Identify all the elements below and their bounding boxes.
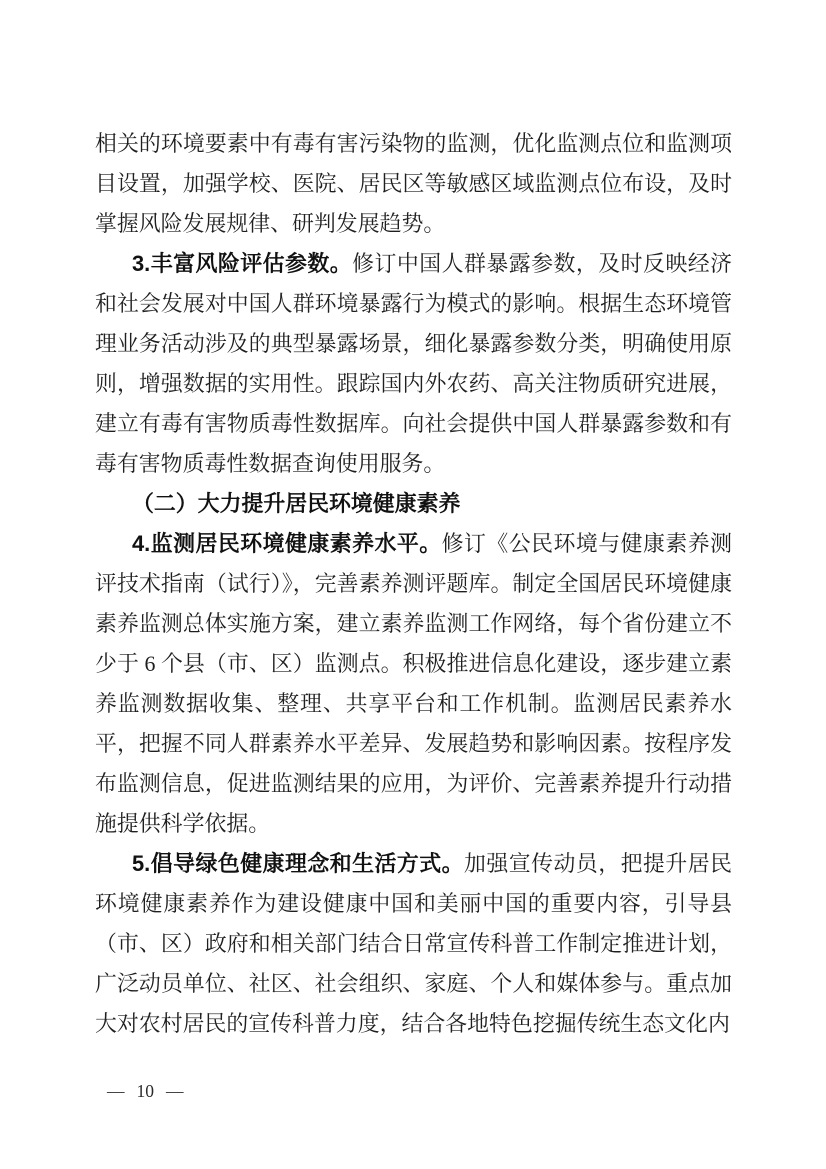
page-number: 10 <box>137 1081 155 1102</box>
page-footer: —10— <box>107 1081 184 1102</box>
paragraph-text: 修订中国人群暴露参数，及时反映经济和社会发展对中国人群环境暴露行为模式的影响。根… <box>95 251 732 476</box>
paragraph: 5.倡导绿色健康理念和生活方式。加强宣传动员，把提升居民环境健康素养作为建设健康… <box>95 844 732 1044</box>
paragraph-text: 相关的环境要素中有毒有害污染物的监测，优化监测点位和监测项目设置，加强学校、医院… <box>95 131 732 236</box>
text-block: 相关的环境要素中有毒有害污染物的监测，优化监测点位和监测项目设置，加强学校、医院… <box>95 124 732 1044</box>
paragraph-lead: 5.倡导绿色健康理念和生活方式。 <box>132 851 464 876</box>
section-heading: （二）大力提升居民环境健康素养 <box>95 484 732 524</box>
footer-dash-left: — <box>107 1081 125 1102</box>
paragraph-lead: 4.监测居民环境健康素养水平。 <box>132 531 442 556</box>
footer-dash-right: — <box>166 1081 184 1102</box>
paragraph: 3.丰富风险评估参数。修订中国人群暴露参数，及时反映经济和社会发展对中国人群环境… <box>95 244 732 484</box>
paragraph-lead: 3.丰富风险评估参数。 <box>132 251 352 276</box>
paragraph-text: 加强宣传动员，把提升居民环境健康素养作为建设健康中国和美丽中国的重要内容，引导县… <box>95 851 732 1036</box>
document-page: 相关的环境要素中有毒有害污染物的监测，优化监测点位和监测项目设置，加强学校、医院… <box>0 0 826 1169</box>
paragraph-text: 修订《公民环境与健康素养测评技术指南（试行）》，完善素养测评题库。制定全国居民环… <box>95 531 732 836</box>
paragraph: 4.监测居民环境健康素养水平。修订《公民环境与健康素养测评技术指南（试行）》，完… <box>95 524 732 844</box>
paragraph-lead: （二）大力提升居民环境健康素养 <box>132 491 460 516</box>
paragraph: 相关的环境要素中有毒有害污染物的监测，优化监测点位和监测项目设置，加强学校、医院… <box>95 124 732 244</box>
